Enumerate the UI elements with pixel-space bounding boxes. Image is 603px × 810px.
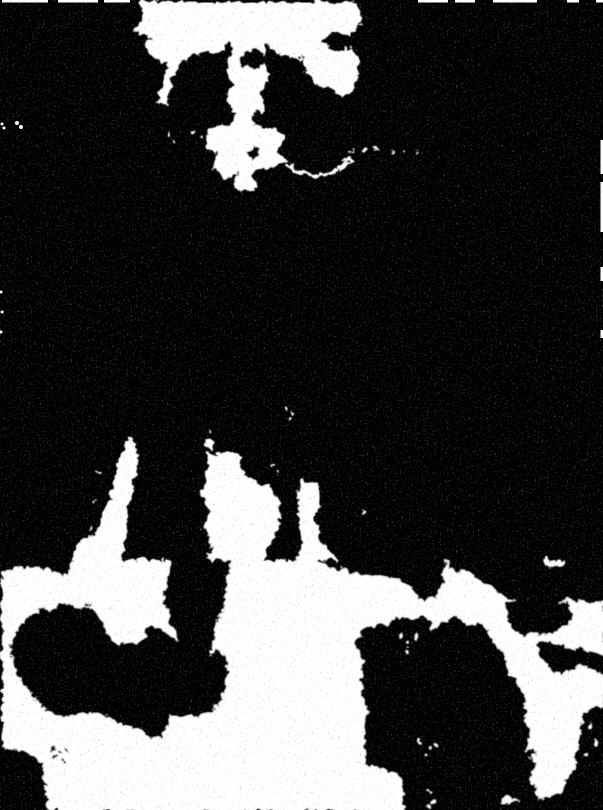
film-grain-black <box>0 0 603 810</box>
radiograph-image <box>0 0 603 810</box>
radiograph-figure <box>0 0 603 810</box>
